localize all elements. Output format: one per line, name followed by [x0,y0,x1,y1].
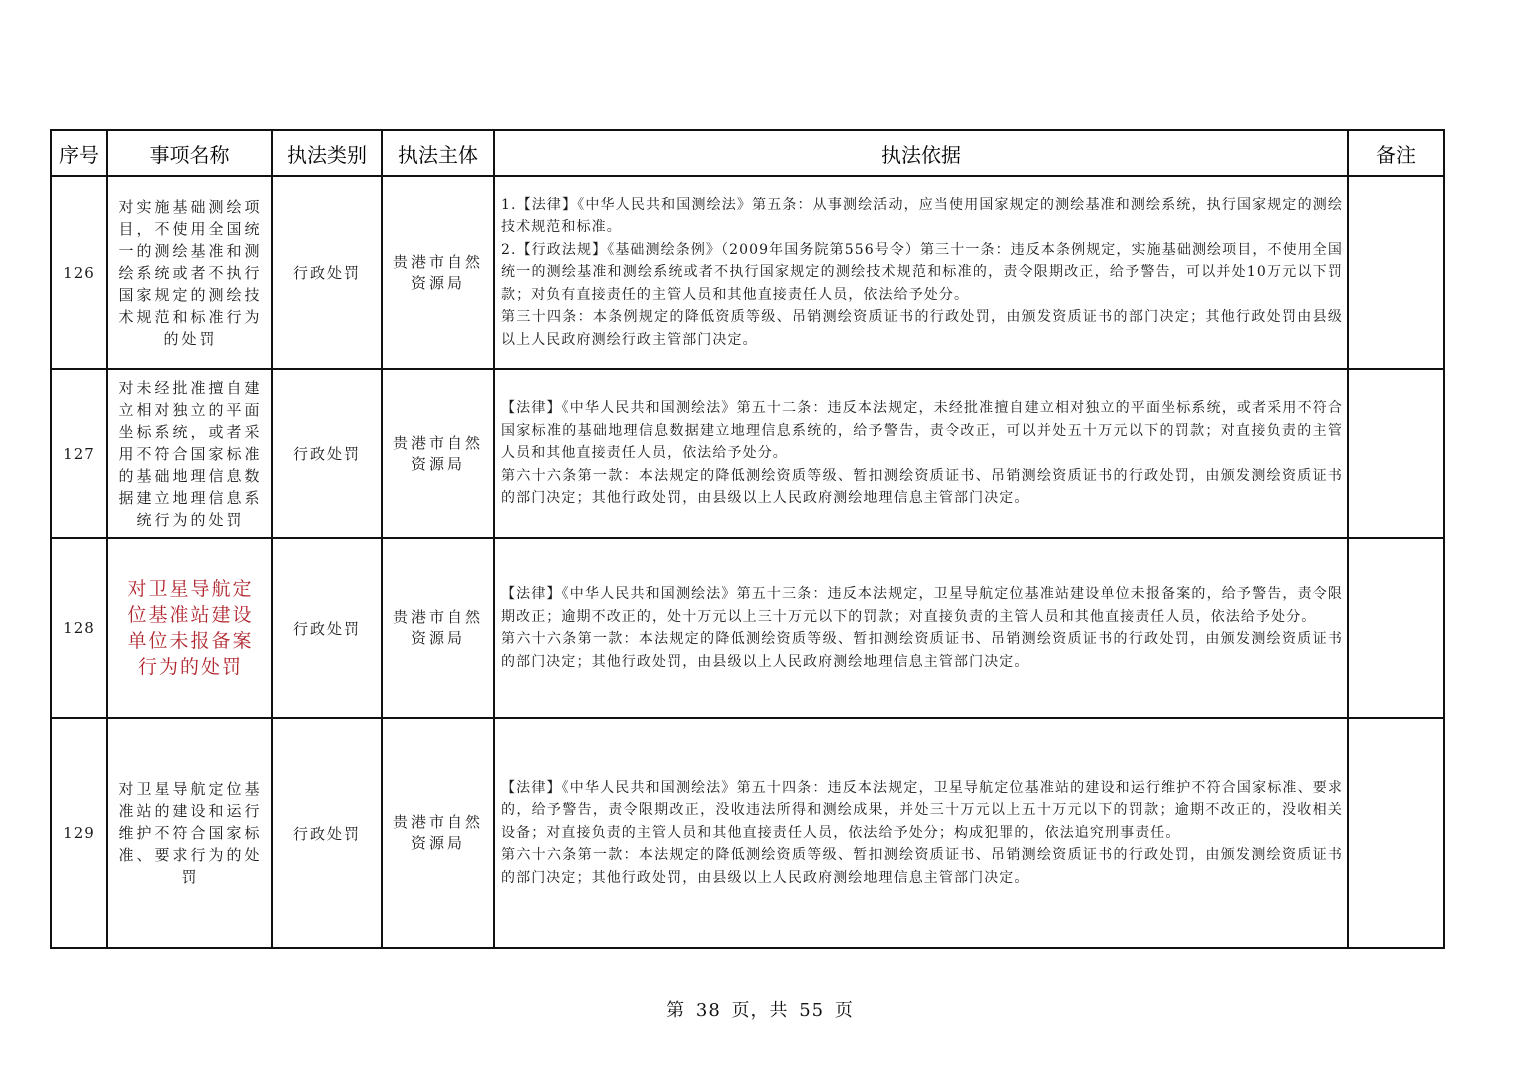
legal-basis-paragraph: 第六十六条第一款：本法规定的降低测绘资质等级、暂扣测绘资质证书、吊销测绘资质证书… [501,844,1343,889]
enforcement-body-cell: 贵港市自然资源局 [382,369,494,538]
enforcement-type-cell: 行政处罚 [272,538,382,718]
enforcement-items-table: 序号 事项名称 执法类别 执法主体 执法依据 备注 126 对实施基础测绘项目，… [50,129,1445,949]
legal-basis-cell: 【法律】《中华人民共和国测绘法》第五十二条：违反本法规定，未经批准擅自建立相对独… [494,369,1348,538]
remarks-cell [1348,176,1444,369]
enforcement-type-cell: 行政处罚 [272,718,382,948]
legal-basis-paragraph: 【法律】《中华人民共和国测绘法》第五十四条：违反本法规定，卫星导航定位基准站的建… [501,777,1343,845]
legal-basis-paragraph: 第六十六条第一款：本法规定的降低测绘资质等级、暂扣测绘资质证书、吊销测绘资质证书… [501,628,1343,673]
header-serial-no: 序号 [51,130,107,176]
enforcement-body-cell: 贵港市自然资源局 [382,176,494,369]
remarks-cell [1348,538,1444,718]
table-row: 128 对卫星导航定位基准站建设单位未报备案行为的处罚 行政处罚 贵港市自然资源… [51,538,1444,718]
table-row: 127 对未经批准擅自建立相对独立的平面坐标系统，或者采用不符合国家标准的基础地… [51,369,1444,538]
legal-basis-paragraph: 2.【行政法规】《基础测绘条例》（2009年国务院第556号令）第三十一条：违反… [501,239,1343,307]
legal-basis-paragraph: 【法律】《中华人民共和国测绘法》第五十三条：违反本法规定，卫星导航定位基准站建设… [501,583,1343,628]
legal-basis-cell: 【法律】《中华人民共和国测绘法》第五十四条：违反本法规定，卫星导航定位基准站的建… [494,718,1348,948]
serial-no-cell: 128 [51,538,107,718]
item-name-cell-highlighted: 对卫星导航定位基准站建设单位未报备案行为的处罚 [107,538,272,718]
header-enforcement-body: 执法主体 [382,130,494,176]
legal-basis-cell: 【法律】《中华人民共和国测绘法》第五十三条：违反本法规定，卫星导航定位基准站建设… [494,538,1348,718]
legal-basis-paragraph: 第六十六条第一款：本法规定的降低测绘资质等级、暂扣测绘资质证书、吊销测绘资质证书… [501,465,1343,510]
remarks-cell [1348,369,1444,538]
serial-no-cell: 129 [51,718,107,948]
legal-basis-cell: 1.【法律】《中华人民共和国测绘法》第五条：从事测绘活动，应当使用国家规定的测绘… [494,176,1348,369]
remarks-cell [1348,718,1444,948]
enforcement-type-cell: 行政处罚 [272,369,382,538]
item-name-cell: 对卫星导航定位基准站的建设和运行维护不符合国家标准、要求行为的处罚 [107,718,272,948]
legal-basis-paragraph: 第三十四条：本条例规定的降低资质等级、吊销测绘资质证书的行政处罚，由颁发资质证书… [501,306,1343,351]
page-number-footer: 第 38 页，共 55 页 [0,996,1520,1022]
header-remarks: 备注 [1348,130,1444,176]
table-row: 129 对卫星导航定位基准站的建设和运行维护不符合国家标准、要求行为的处罚 行政… [51,718,1444,948]
enforcement-body-cell: 贵港市自然资源局 [382,538,494,718]
serial-no-cell: 126 [51,176,107,369]
legal-basis-paragraph: 【法律】《中华人民共和国测绘法》第五十二条：违反本法规定，未经批准擅自建立相对独… [501,397,1343,465]
item-name-cell: 对未经批准擅自建立相对独立的平面坐标系统，或者采用不符合国家标准的基础地理信息数… [107,369,272,538]
item-name-cell: 对实施基础测绘项目，不使用全国统一的测绘基准和测绘系统或者不执行国家规定的测绘技… [107,176,272,369]
table-header-row: 序号 事项名称 执法类别 执法主体 执法依据 备注 [51,130,1444,176]
header-enforcement-type: 执法类别 [272,130,382,176]
legal-basis-paragraph: 1.【法律】《中华人民共和国测绘法》第五条：从事测绘活动，应当使用国家规定的测绘… [501,194,1343,239]
table-row: 126 对实施基础测绘项目，不使用全国统一的测绘基准和测绘系统或者不执行国家规定… [51,176,1444,369]
header-legal-basis: 执法依据 [494,130,1348,176]
enforcement-body-cell: 贵港市自然资源局 [382,718,494,948]
enforcement-type-cell: 行政处罚 [272,176,382,369]
serial-no-cell: 127 [51,369,107,538]
header-item-name: 事项名称 [107,130,272,176]
